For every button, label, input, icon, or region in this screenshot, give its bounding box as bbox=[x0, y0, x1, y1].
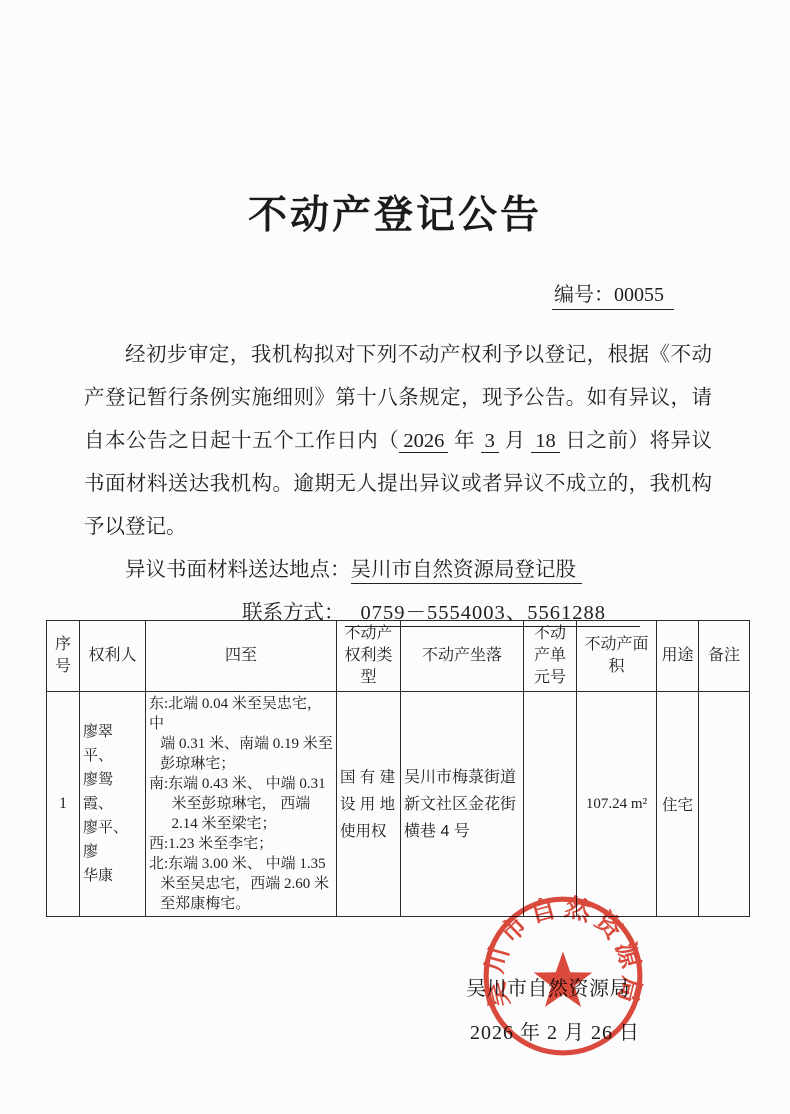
table-header-row: 序号 权利人 四至 不动产权利类型 不动产坐落 不动产单元号 不动产面积 用途 … bbox=[47, 621, 750, 692]
header-seq: 序号 bbox=[47, 621, 80, 692]
cell-owner: 廖翠平、 廖鸳霞、 廖平、廖 华康 bbox=[80, 692, 146, 917]
cell-location: 吴川市梅菉街道 新文社区金花街 横巷 4 号 bbox=[401, 692, 524, 917]
table-row: 1 廖翠平、 廖鸳霞、 廖平、廖 华康 东:北端 0.04 米至吴忠宅，中 端 … bbox=[47, 692, 750, 917]
issue-date: 2026 年 2 月 26 日 bbox=[470, 1016, 640, 1045]
header-usage: 用途 bbox=[657, 621, 699, 692]
document-page: 不动产登记公告 编号：00055 经初步审定，我机构拟对下列不动产权利予以登记，… bbox=[0, 0, 790, 1114]
doc-number-value: 00055 bbox=[614, 284, 664, 306]
announcement-content: 经初步审定，我机构拟对下列不动产权利予以登记，根据《不动产登记暂行条例实施细则》… bbox=[84, 334, 712, 635]
delivery-address-line: 异议书面材料送达地点：吴川市自然资源局登记股 bbox=[84, 549, 712, 592]
delivery-address-label: 异议书面材料送达地点： bbox=[125, 559, 351, 581]
body-text-2: 年 bbox=[448, 430, 480, 452]
deadline-day: 18 bbox=[531, 430, 560, 453]
cell-seq: 1 bbox=[47, 692, 80, 917]
doc-number-label: 编号： bbox=[554, 284, 614, 306]
header-boundaries: 四至 bbox=[146, 621, 337, 692]
page-title: 不动产登记公告 bbox=[0, 184, 790, 240]
announcement-body: 经初步审定，我机构拟对下列不动产权利予以登记，根据《不动产登记暂行条例实施细则》… bbox=[84, 334, 712, 549]
cell-area: 107.24 m² bbox=[577, 692, 657, 917]
deadline-month: 3 bbox=[481, 430, 499, 453]
header-owner: 权利人 bbox=[80, 621, 146, 692]
cell-remark bbox=[699, 692, 750, 917]
header-location: 不动产坐落 bbox=[401, 621, 524, 692]
header-area: 不动产面积 bbox=[577, 621, 657, 692]
doc-number: 编号：00055 bbox=[552, 278, 674, 307]
header-unit-no: 不动产单元号 bbox=[524, 621, 577, 692]
cell-usage: 住宅 bbox=[657, 692, 699, 917]
delivery-address-value: 吴川市自然资源局登记股 bbox=[351, 559, 583, 584]
header-right-type: 不动产权利类型 bbox=[337, 621, 401, 692]
cell-unit-no bbox=[524, 692, 577, 917]
issuing-org: 吴川市自然资源局 bbox=[466, 972, 630, 1001]
cell-right-type: 国 有 建 设 用 地 使用权 bbox=[337, 692, 401, 917]
cell-boundaries: 东:北端 0.04 米至吴忠宅，中 端 0.31 米、南端 0.19 米至 彭琼… bbox=[146, 692, 337, 917]
deadline-year: 2026 bbox=[399, 430, 448, 453]
body-text-3: 月 bbox=[499, 430, 531, 452]
registration-table: 序号 权利人 四至 不动产权利类型 不动产坐落 不动产单元号 不动产面积 用途 … bbox=[46, 620, 750, 917]
header-remark: 备注 bbox=[699, 621, 750, 692]
